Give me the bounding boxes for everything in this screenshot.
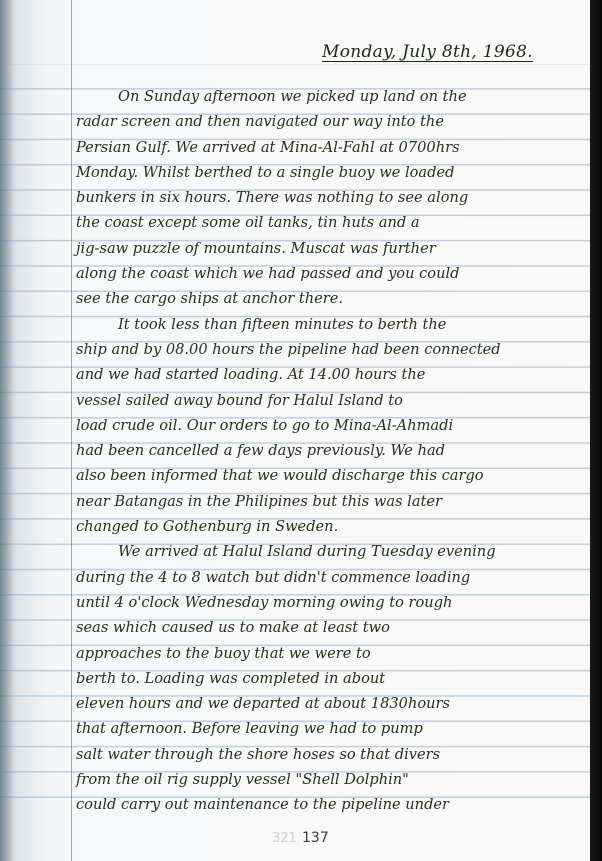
faint-stamp: 321 [272,831,297,846]
text-line: that afternoon. Before leaving we had to… [76,716,581,741]
text-line: ship and by 08.00 hours the pipeline had… [76,337,581,362]
text-line: berth to. Loading was completed in about [76,666,581,691]
text-line: had been cancelled a few days previously… [76,438,581,463]
notebook-page: Monday, July 8th, 1968. On Sunday aftern… [0,0,592,861]
text-line: until 4 o'clock Wednesday morning owing … [76,590,581,615]
text-line: and we had started loading. At 14.00 hou… [76,362,581,387]
text-line: On Sunday afternoon we picked up land on… [76,84,581,109]
text-line: approaches to the buoy that we were to [76,641,581,666]
margin-line [71,0,72,861]
text-line: load crude oil. Our orders to go to Mina… [76,413,581,438]
page-edge-shadow [590,0,602,861]
text-line: salt water through the shore hoses so th… [76,742,581,767]
text-line: seas which caused us to make at least tw… [76,615,581,640]
text-line: during the 4 to 8 watch but didn't comme… [76,565,581,590]
text-line: from the oil rig supply vessel "Shell Do… [76,767,581,792]
page-number: 137 [302,830,329,846]
text-line: We arrived at Halul Island during Tuesda… [76,539,581,564]
text-line: It took less than fifteen minutes to ber… [76,312,581,337]
spine-shadow [0,0,14,861]
text-line: along the coast which we had passed and … [76,261,581,286]
text-line: also been informed that we would dischar… [76,463,581,488]
text-line: the coast except some oil tanks, tin hut… [76,210,581,235]
text-line: jig-saw puzzle of mountains. Muscat was … [76,236,581,261]
text-line: see the cargo ships at anchor there. [76,286,581,311]
text-line: bunkers in six hours. There was nothing … [76,185,581,210]
diary-entry: On Sunday afternoon we picked up land on… [76,84,581,818]
text-line: eleven hours and we departed at about 18… [76,691,581,716]
text-line: radar screen and then navigated our way … [76,109,581,134]
text-line: changed to Gothenburg in Sweden. [76,514,581,539]
entry-date: Monday, July 8th, 1968. [322,42,533,62]
text-line: could carry out maintenance to the pipel… [76,792,581,817]
text-line: near Batangas in the Philipines but this… [76,489,581,514]
text-line: vessel sailed away bound for Halul Islan… [76,388,581,413]
text-line: Persian Gulf. We arrived at Mina-Al-Fahl… [76,135,581,160]
text-line: Monday. Whilst berthed to a single buoy … [76,160,581,185]
